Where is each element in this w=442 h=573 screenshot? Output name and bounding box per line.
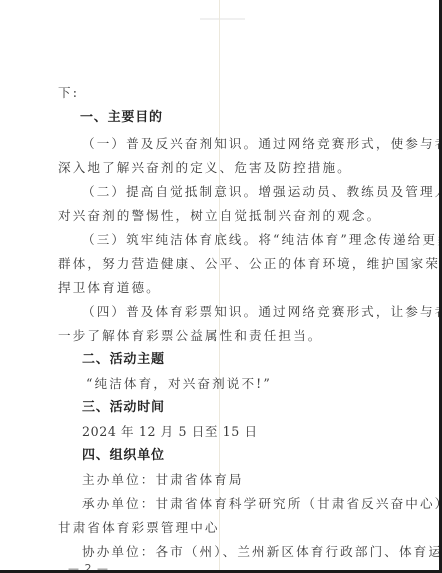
paragraph-line: 一步了解体育彩票公益属性和责任担当。 (58, 328, 323, 344)
page-number: — 2 — (68, 562, 109, 570)
section-heading-theme: 二、活动主题 (82, 352, 165, 368)
paragraph-line: （四）普及体育彩票知识。通过网络竞赛形式，让参与者进 (82, 304, 439, 320)
co-organizer: 协办单位：各市（州）、兰州新区体育行政部门、体育运动 (82, 544, 439, 560)
paragraph-line: （一）普及反兴奋剂知识。通过网络竞赛形式，使参与者更 (82, 136, 439, 152)
paragraph-line: 对兴奋剂的警惕性，树立自觉抵制兴奋剂的观念。 (58, 208, 381, 224)
paragraph-line: （三）筑牢纯洁体育底线。将“纯洁体育”理念传递给更多 (82, 232, 439, 248)
section-heading-purpose: 一、主要目的 (80, 110, 163, 126)
undertaking-organizer-cont: 甘肃省体育彩票管理中心 (58, 520, 220, 536)
host-organizer: 主办单位：甘肃省体育局 (82, 472, 244, 488)
activity-date: 2024 年 12 月 5 日至 15 日 (82, 424, 258, 440)
paragraph-line: 捍卫体育道德。 (58, 280, 161, 296)
section-heading-time: 三、活动时间 (82, 400, 165, 416)
undertaking-organizer: 承办单位：甘肃省体育科学研究所（甘肃省反兴奋中心）、 (82, 496, 439, 512)
theme-slogan: “纯洁体育，对兴奋剂说不!” (86, 376, 272, 392)
paragraph-line: （二）提高自觉抵制意识。增强运动员、教练员及管理人员 (82, 184, 439, 200)
faded-header-mark (200, 18, 245, 20)
document-page: 下: 一、主要目的 （一）普及反兴奋剂知识。通过网络竞赛形式，使参与者更 深入地… (0, 0, 439, 570)
lead-in-text: 下: (58, 85, 79, 101)
paragraph-line: 群体，努力营造健康、公平、公正的体育环境，维护国家荣誉， (58, 256, 439, 272)
section-heading-organizers: 四、组织单位 (82, 448, 165, 464)
paragraph-line: 深入地了解兴奋剂的定义、危害及防控措施。 (58, 160, 352, 176)
